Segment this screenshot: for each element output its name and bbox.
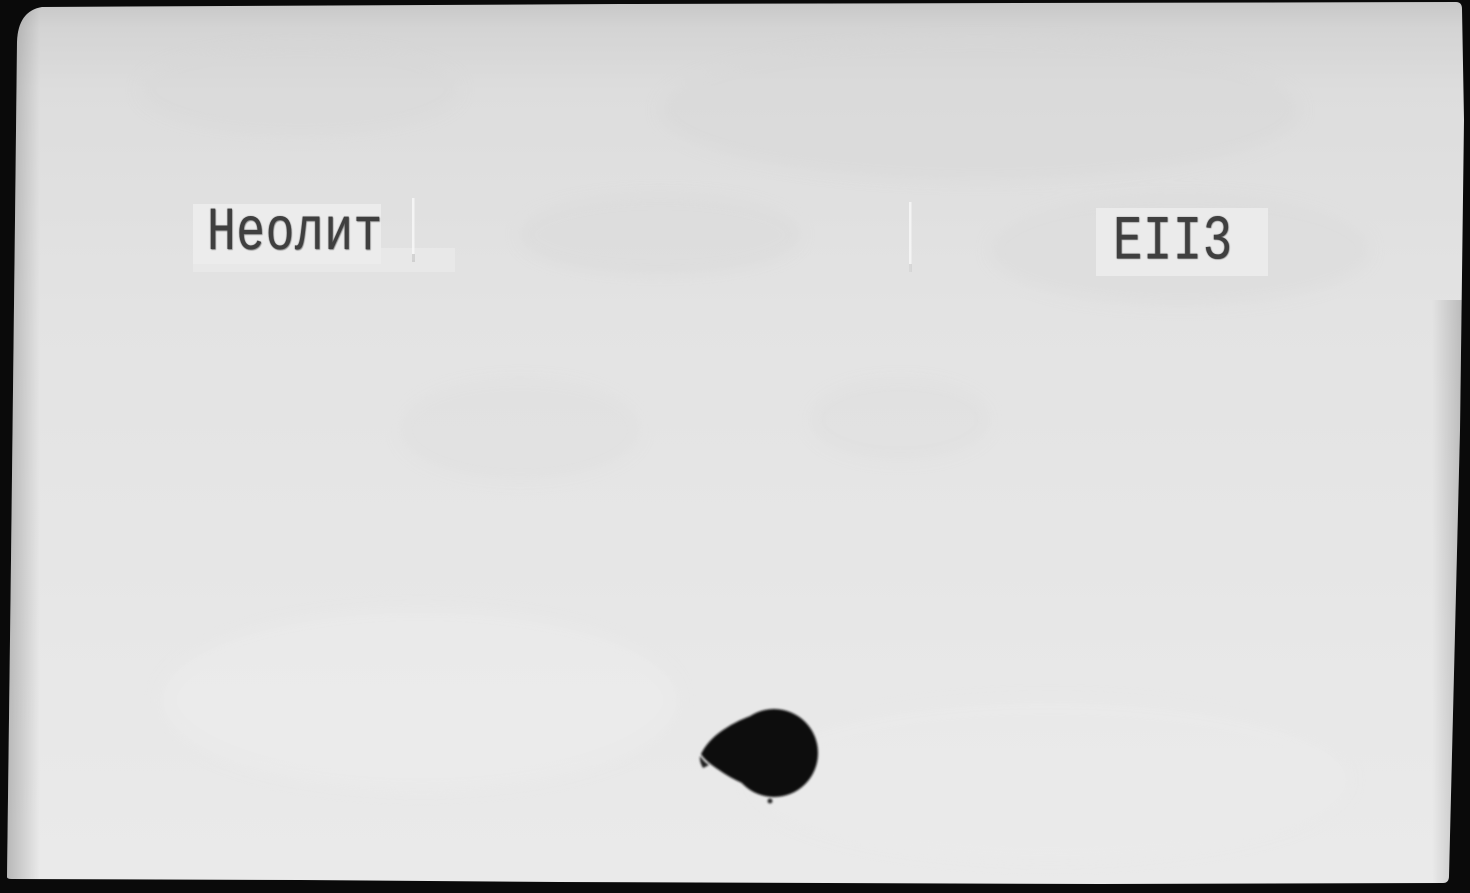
code-label-patch <box>1096 208 1268 276</box>
scan-image <box>0 0 1470 893</box>
scanned-card-page: Неолит EII3 <box>0 0 1470 893</box>
title-label-patch-tail <box>193 248 455 272</box>
